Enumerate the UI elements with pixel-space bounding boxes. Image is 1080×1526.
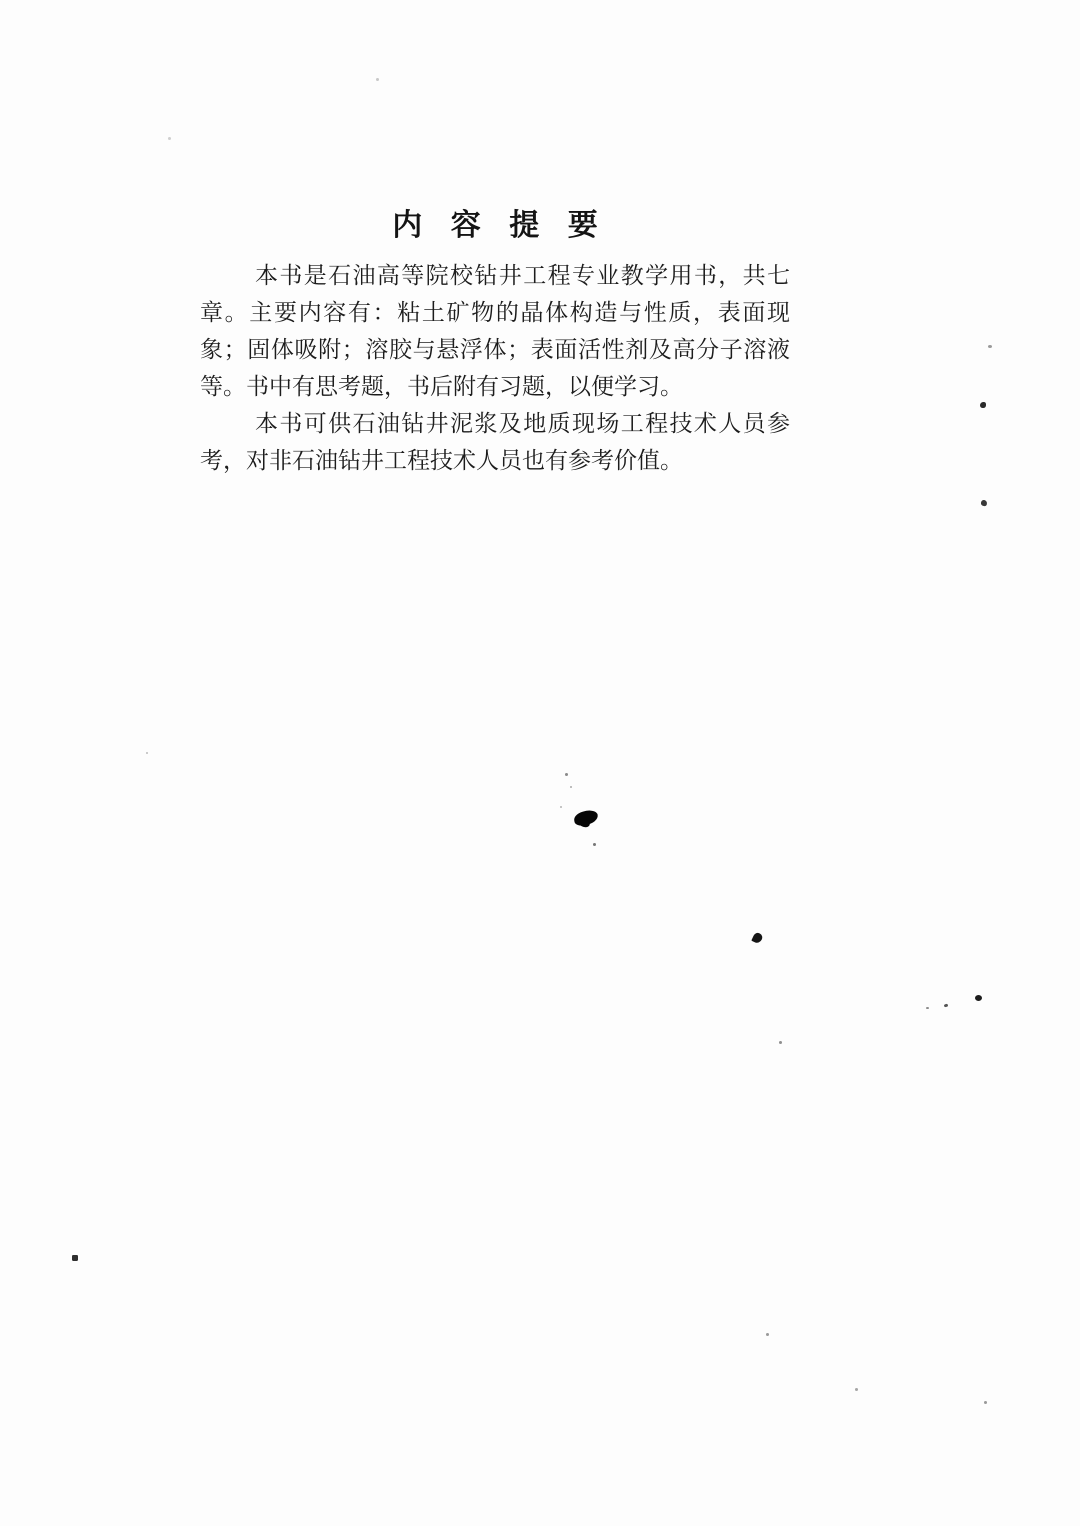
ink-speck: [926, 1007, 929, 1009]
text-line: 考，对非石油钻井工程技术人员也有参考价值。: [200, 442, 790, 479]
text-line: 象；固体吸附；溶胶与悬浮体；表面活性剂及高分子溶液: [200, 331, 790, 368]
ink-speck: [980, 402, 986, 408]
summary-section: 内容提要 本书是石油高等院校钻井工程专业教学用书，共七 章。主要内容有：粘土矿物…: [200, 206, 790, 479]
ink-speck: [168, 137, 171, 140]
ink-speck: [565, 773, 568, 776]
ink-speck: [751, 932, 763, 945]
ink-speck: [146, 752, 148, 754]
ink-speck: [981, 500, 988, 507]
ink-speck: [560, 806, 562, 808]
ink-speck: [975, 995, 982, 1001]
ink-speck: [779, 1041, 782, 1044]
ink-speck: [988, 345, 992, 348]
text-line: 等。书中有思考题，书后附有习题，以便学习。: [200, 368, 790, 405]
ink-speck: [593, 843, 596, 846]
ink-speck: [376, 78, 379, 81]
ink-speck: [984, 1401, 987, 1404]
ink-speck: [573, 809, 599, 827]
ink-speck: [72, 1255, 78, 1261]
text-line: 章。主要内容有：粘土矿物的晶体构造与性质，表面现: [200, 294, 790, 331]
ink-speck: [578, 818, 591, 829]
ink-speck: [944, 1003, 949, 1007]
text-line: 本书是石油高等院校钻井工程专业教学用书，共七: [200, 257, 790, 294]
section-title: 内容提要: [200, 206, 790, 246]
ink-speck: [570, 786, 572, 788]
ink-speck: [855, 1388, 858, 1391]
scanned-book-page: 内容提要 本书是石油高等院校钻井工程专业教学用书，共七 章。主要内容有：粘土矿物…: [0, 0, 1080, 1526]
text-line: 本书可供石油钻井泥浆及地质现场工程技术人员参: [200, 405, 790, 442]
ink-speck: [766, 1333, 769, 1336]
